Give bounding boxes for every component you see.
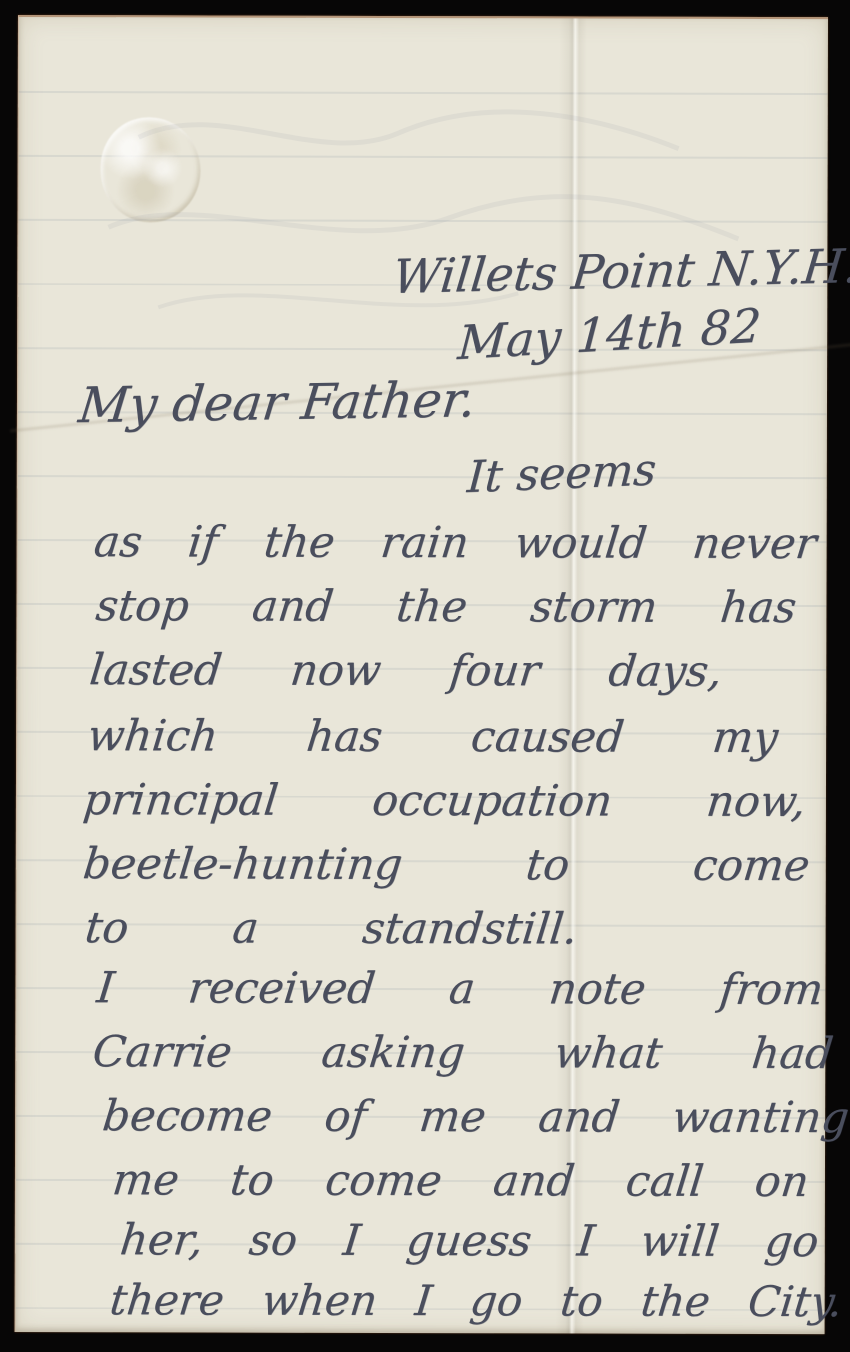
letter-line: to a standstill. <box>83 903 580 954</box>
letter-line: become of me and wanting <box>100 1091 850 1143</box>
letter-line: which has caused my <box>85 711 780 763</box>
letter-line: her, so I guess I will go <box>118 1215 821 1267</box>
letter-line: principal occupation now, <box>81 775 808 827</box>
letter-line: me to come and call on <box>110 1155 811 1207</box>
letter-line: I received a note from <box>94 963 825 1015</box>
letter-line: stop and the storm has <box>93 581 798 633</box>
letter-line: It seems <box>466 444 675 503</box>
letter-line: Carrie asking what had <box>90 1027 835 1079</box>
letter-heading-place: Willets Point N.Y.H. <box>390 239 850 305</box>
letter-salutation: My dear Father. <box>76 371 479 434</box>
letter-line: lasted now four days, <box>87 645 724 697</box>
letter-line: as if the rain would never <box>92 517 819 569</box>
scan-background: Willets Point N.Y.H. May 14th 82 My dear… <box>0 0 850 1352</box>
letter-line: there when I go to the City. <box>108 1275 845 1326</box>
letter-line: beetle-hunting to come <box>81 839 812 891</box>
letter-page: Willets Point N.Y.H. May 14th 82 My dear… <box>15 15 828 1334</box>
